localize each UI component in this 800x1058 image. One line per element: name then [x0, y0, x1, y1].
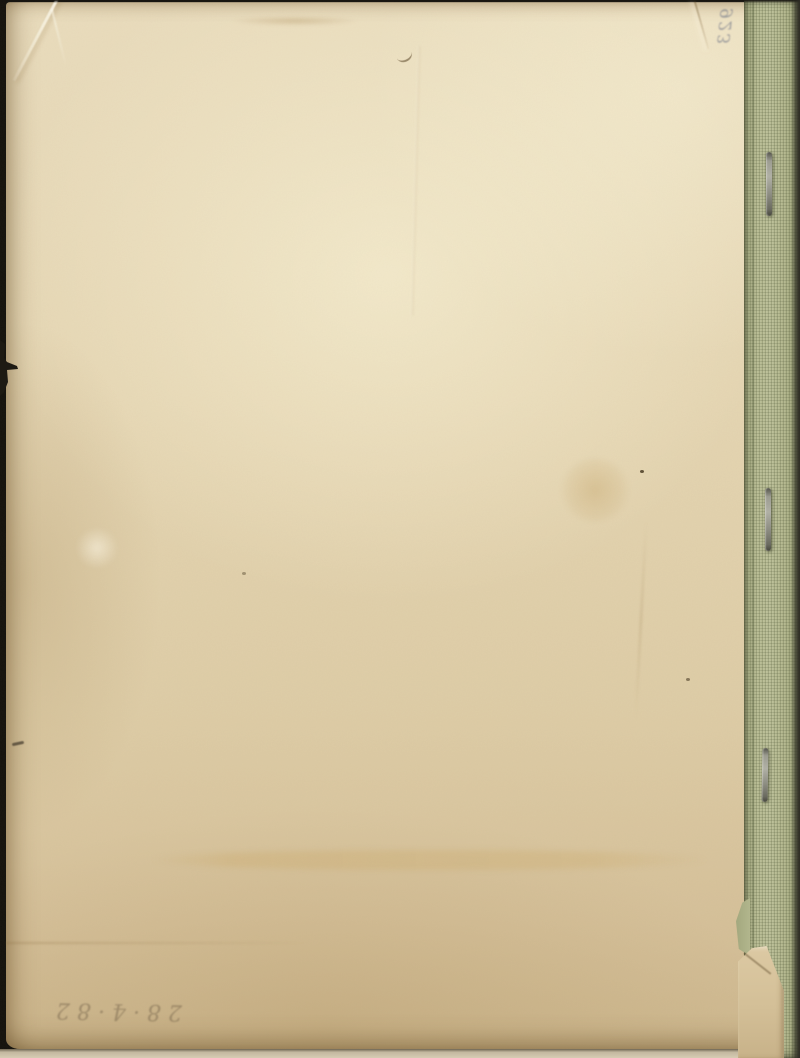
binding-strip-seam — [752, 0, 754, 1058]
staple-middle — [765, 488, 771, 551]
staple-top — [766, 152, 772, 216]
pencil-date-bottom-left: 28·4·82 — [26, 997, 182, 1025]
scanned-page: 923 28·4·82 — [0, 0, 800, 1058]
staple-bottom — [762, 748, 769, 802]
paper-sheet — [6, 2, 800, 1049]
scan-bed-bottom — [0, 1049, 746, 1058]
scan-edge-right — [791, 0, 800, 1058]
pencil-number-top-right: 923 — [714, 7, 738, 49]
scan-edge-top — [0, 0, 800, 3]
